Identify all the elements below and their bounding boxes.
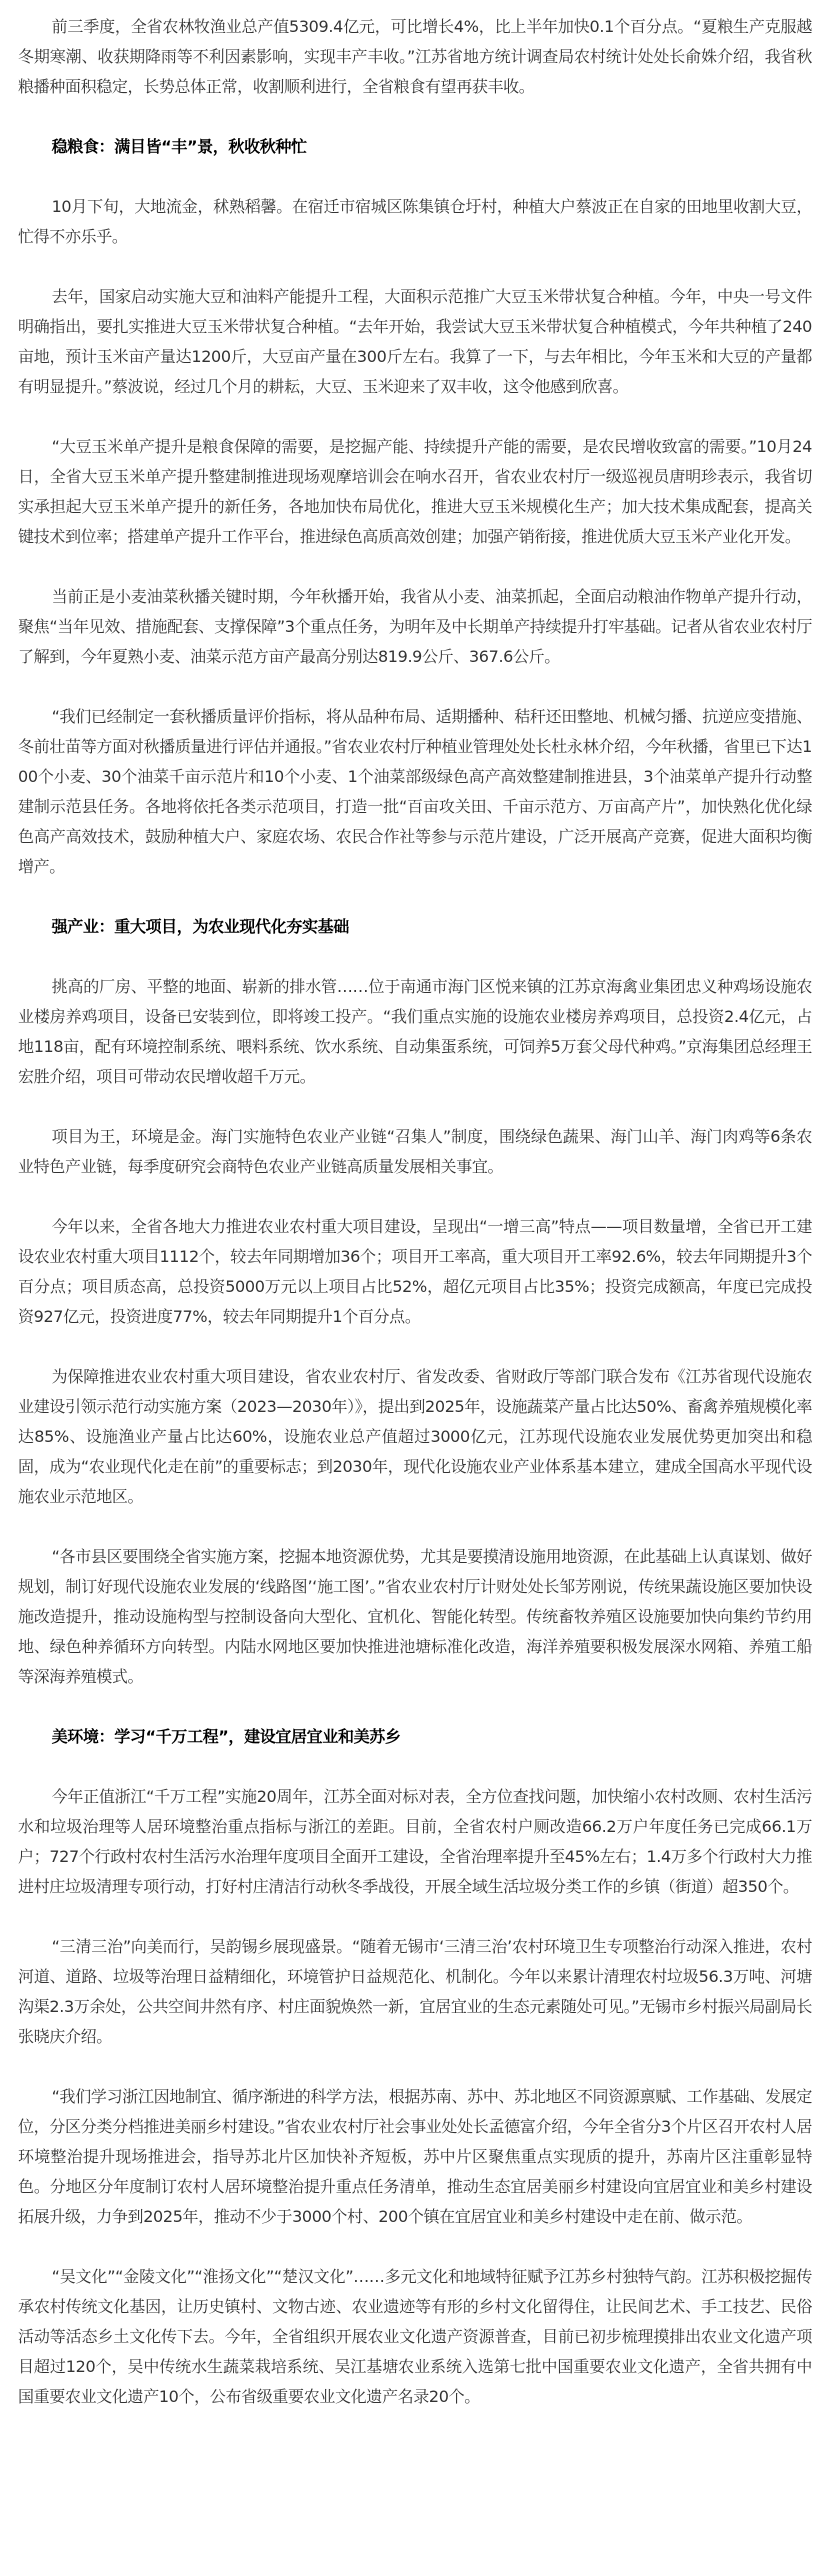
paragraph-autumn-sowing: 当前正是小麦油菜秋播关键时期，今年秋播开始，我省从小麦、油菜抓起，全面启动粮油作… xyxy=(18,582,812,672)
paragraph-haimen-chain: 项目为王，环境是金。海门实施特色农业产业链“召集人”制度，围绕绿色蔬果、海门山羊… xyxy=(18,1122,812,1182)
paragraph-soy-corn-intercrop: 去年，国家启动实施大豆和油料产能提升工程，大面积示范推广大豆玉米带状复合种植。今… xyxy=(18,282,812,402)
paragraph-sowing-quality: “我们已经制定一套秋播质量评价指标，将从品种布局、适期播种、秸秆还田整地、机械匀… xyxy=(18,702,812,882)
paragraph-facility-agriculture-plan: 为保障推进农业农村重大项目建设，省农业农村厅、省发改委、省财政厅等部门联合发布《… xyxy=(18,1362,812,1512)
paragraph-zoned-village-building: “我们学习浙江因地制宜、循序渐进的科学方法，根据苏南、苏中、苏北地区不同资源禀赋… xyxy=(18,2082,812,2232)
paragraph-wuxi-cleanup: “三清三治”向美而行，吴韵锡乡展现盛景。“随着无锡市‘三清三治’农村环境卫生专项… xyxy=(18,1932,812,2052)
paragraph-poultry-project: 挑高的厂房、平整的地面、崭新的排水管……位于南通市海门区悦来镇的江苏京海禽业集团… xyxy=(18,972,812,1092)
paragraph-county-planning: “各市县区要围绕全省实施方案，挖掘本地资源优势，尤其是要摸清设施用地资源，在此基… xyxy=(18,1542,812,1692)
paragraph-intro-q3-output: 前三季度，全省农林牧渔业总产值5309.4亿元，可比增长4%，比上半年加快0.1… xyxy=(18,12,812,102)
paragraph-thousand-project: 今年正值浙江“千万工程”实施20周年，江苏全面对标对表，全方位查找问题，加快缩小… xyxy=(18,1782,812,1902)
section-heading-beautiful-environment: 美环境：学习“千万工程”，建设宜居宜业和美苏乡 xyxy=(18,1722,812,1752)
paragraph-major-projects-stats: 今年以来，全省各地大力推进农业农村重大项目建设，呈现出“一增三高”特点——项目数… xyxy=(18,1212,812,1332)
paragraph-harvest-scene: 10月下旬，大地流金，秫熟稻馨。在宿迁市宿城区陈集镇仓圩村，种植大户蔡波正在自家… xyxy=(18,192,812,252)
paragraph-rural-culture-heritage: “吴文化”“金陵文化”“淮扬文化”“楚汉文化”……多元文化和地域特征赋予江苏乡村… xyxy=(18,2262,812,2412)
article-body: 前三季度，全省农林牧渔业总产值5309.4亿元，可比增长4%，比上半年加快0.1… xyxy=(0,0,830,2412)
paragraph-yield-improvement: “大豆玉米单产提升是粮食保障的需要，是挖掘产能、持续提升产能的需要，是农民增收致… xyxy=(18,432,812,552)
section-heading-strong-industry: 强产业：重大项目，为农业现代化夯实基础 xyxy=(18,912,812,942)
section-heading-stable-grain: 稳粮食：满目皆“丰”景，秋收秋种忙 xyxy=(18,132,812,162)
